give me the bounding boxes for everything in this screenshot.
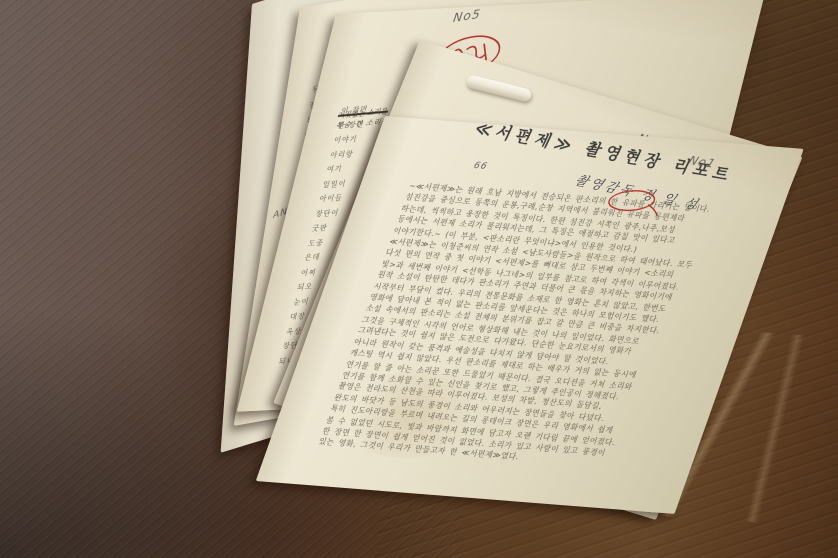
typed-line-fragment: 여기	[325, 163, 354, 175]
typed-line-fragment: 아이들	[318, 193, 347, 205]
typed-line-fragment: 은데	[303, 252, 332, 264]
typed-line-fragment: 아리랑	[329, 149, 358, 161]
typed-line-fragment: 도중	[307, 237, 336, 249]
typed-line-fragment: 장단이	[314, 207, 343, 219]
typed-line-fragment: 이야기	[333, 134, 362, 146]
typed-line-fragment: 굿판	[311, 222, 340, 234]
photograph: 두른장면되에떨어멀리그그날소리한빛 AN 3회 No5 2.12 이 장면한 장…	[0, 0, 838, 558]
typed-line-fragment: 일일이	[322, 178, 351, 190]
